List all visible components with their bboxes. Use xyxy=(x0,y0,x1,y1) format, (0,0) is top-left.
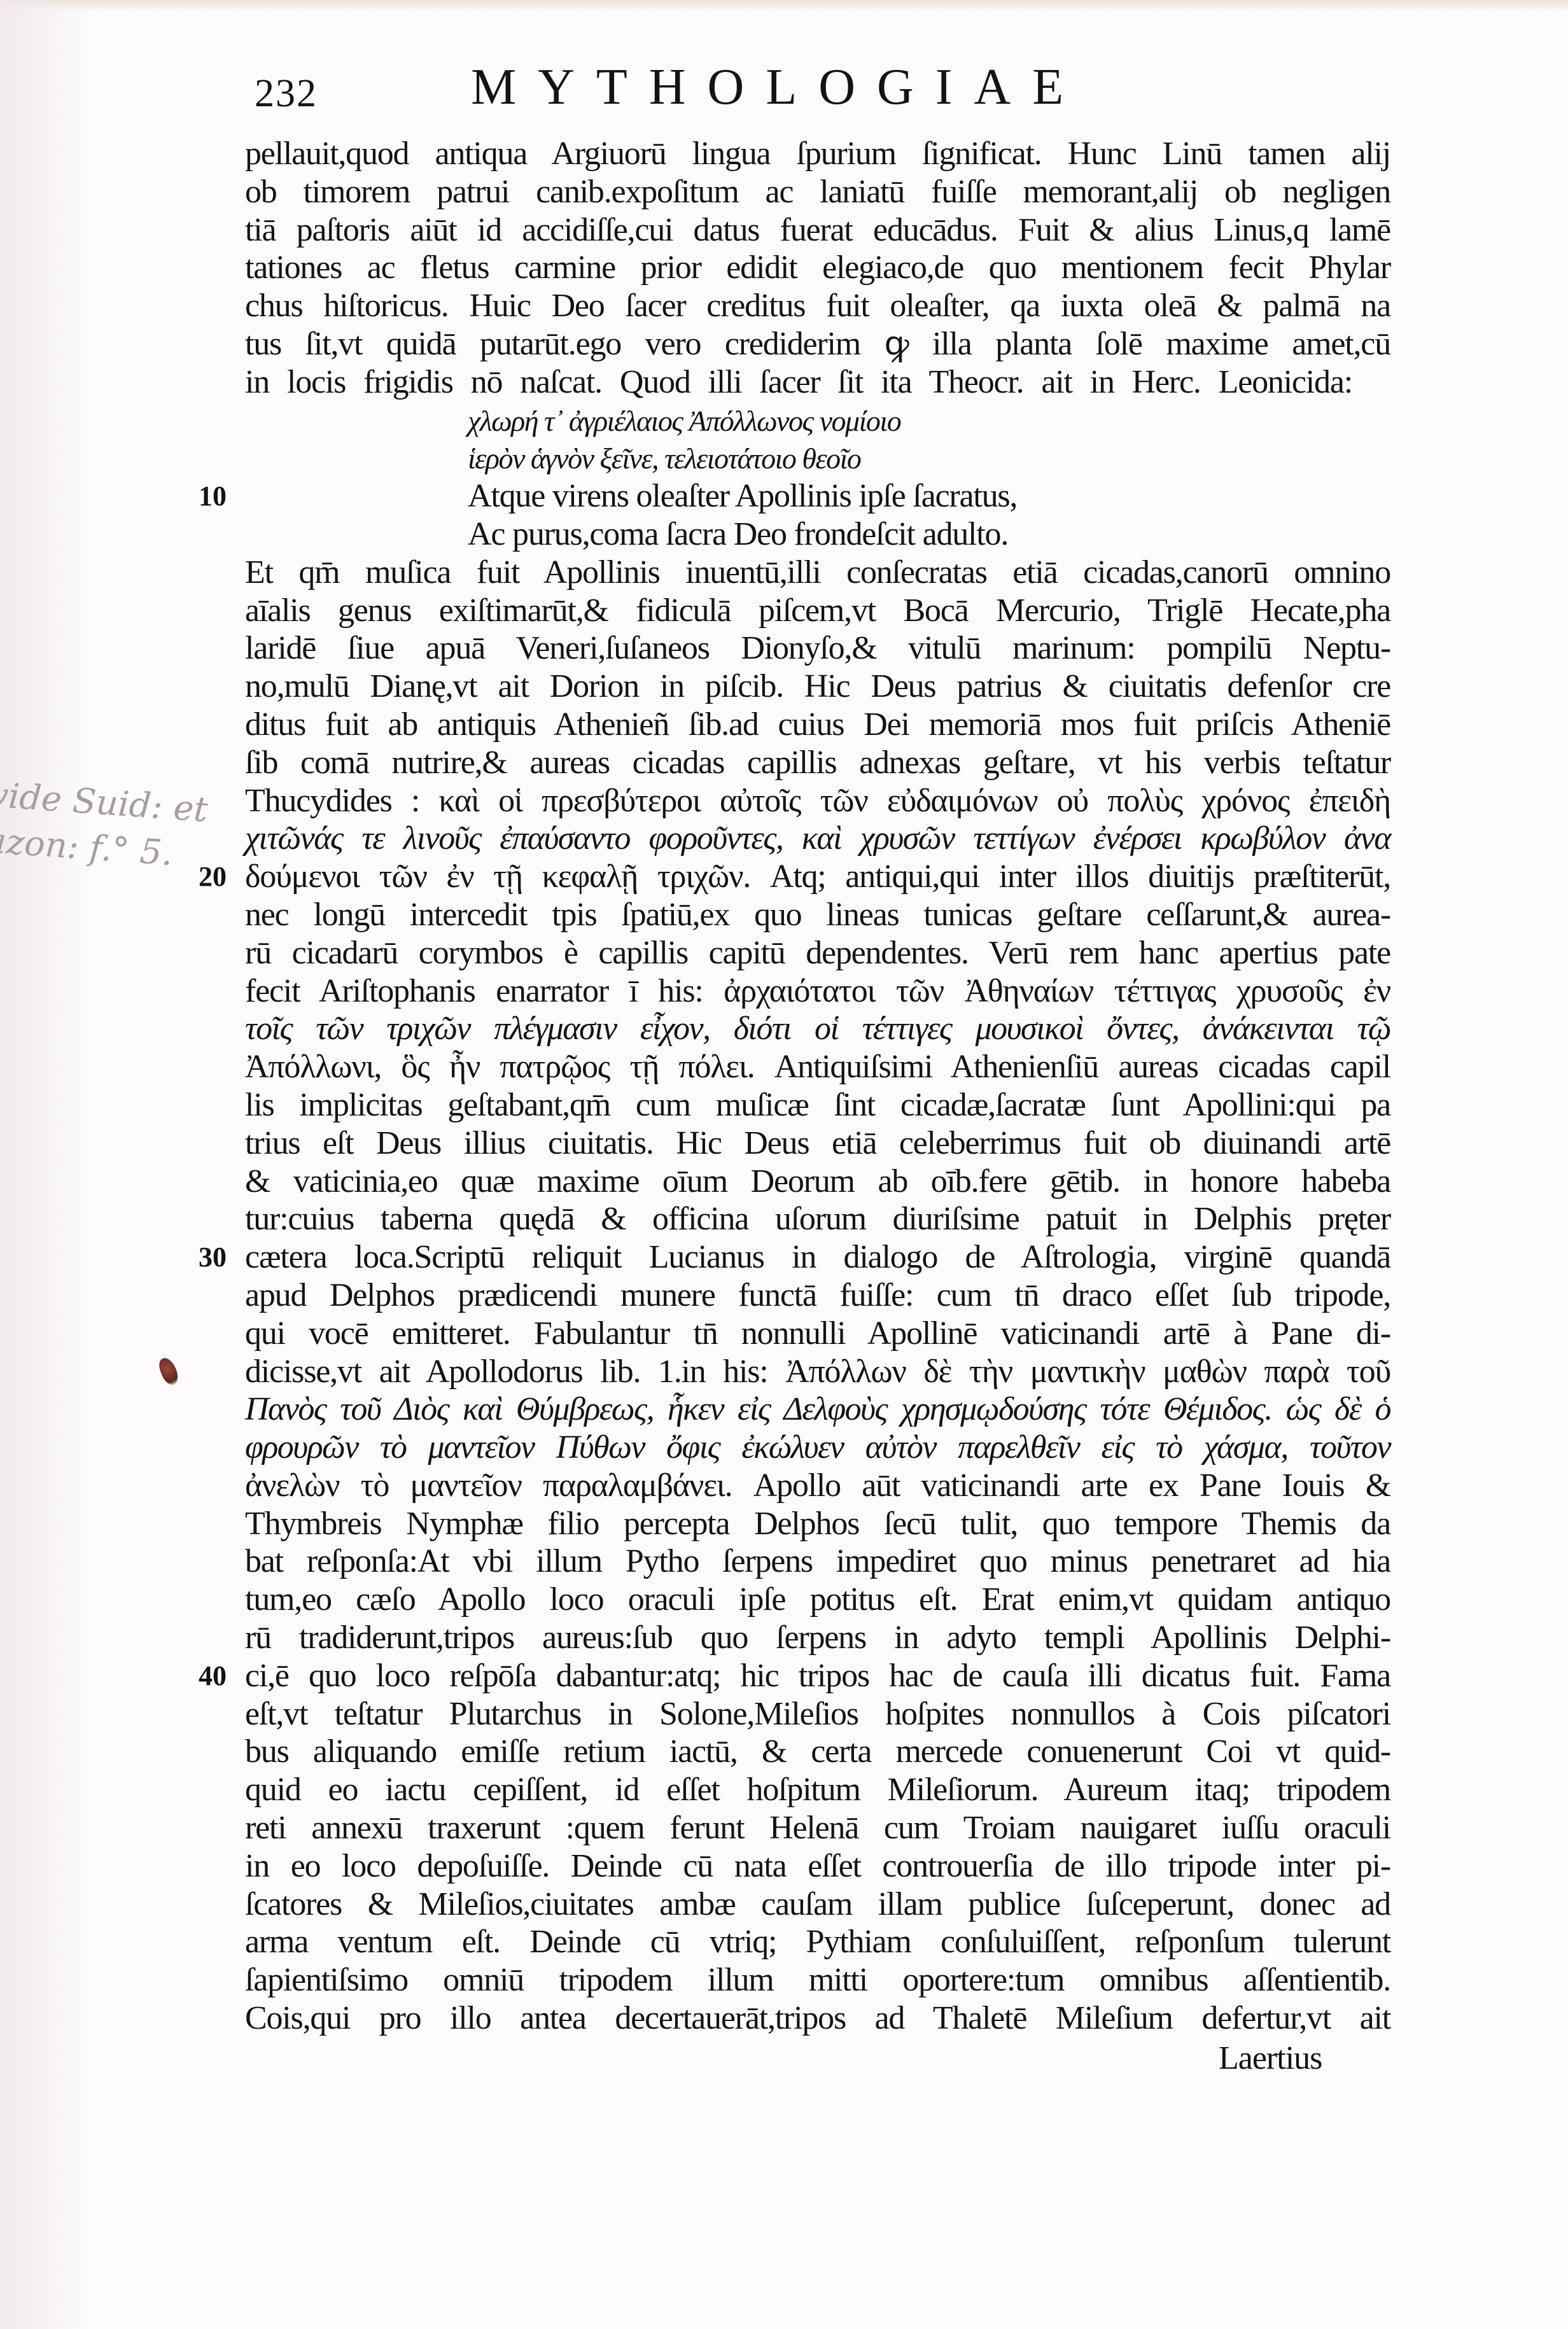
text-line-content: quid eo iactu cepiſſent, id eſſet hoſpit… xyxy=(245,1771,1390,1809)
text-line: ci,ē quo loco reſpōſa dabantur:atq; hic … xyxy=(245,1657,1390,1695)
text-line: ſcatores & Mileſios,ciuitates ambæ cauſa… xyxy=(245,1885,1390,1924)
text-line-content: Atque virens oleaſter Apollinis ipſe ſac… xyxy=(468,477,1017,515)
text-line: Πανὸς τοῦ Διὸς καὶ Θύμβρεως, ἧκεν εἰς Δε… xyxy=(245,1390,1390,1429)
text-line-content: χλωρή τ᾽ ἀγριέλαιος Ἀπόλλωνος νομίοιο xyxy=(468,402,900,440)
text-line-content: δούμενοι τῶν ἐν τῇ κεφαλῇ τριχῶν. Atq; a… xyxy=(245,858,1390,896)
text-line: rū cicadarū corymbos è capillis capitū d… xyxy=(245,934,1390,972)
text-line: rū tradiderunt,tripos aureus:ſub quo ſer… xyxy=(245,1619,1390,1657)
text-line-content: ἀνελὼν τὸ μαντεῖον παραλαμβάνει. Apollo … xyxy=(245,1467,1390,1505)
text-line: nec longū intercedit tpis ſpatiū,ex quo … xyxy=(245,896,1390,934)
text-line: tur:cuius taberna quędā & officina uſoru… xyxy=(245,1200,1390,1238)
text-line: dicisse,vt ait Apollodorus lib. 1.in his… xyxy=(245,1353,1390,1391)
text-line-content: arma ventum eſt. Deinde cū vtriq; Pythia… xyxy=(245,1923,1390,1961)
text-line-content: aīalis genus exiſtimarūt,& fidiculā piſc… xyxy=(245,592,1390,630)
text-line: τοῖς τῶν τριχῶν πλέγμασιν εἶχον, διότι ο… xyxy=(245,1010,1390,1048)
text-line-content: ci,ē quo loco reſpōſa dabantur:atq; hic … xyxy=(245,1657,1390,1695)
text-line-content: nec longū intercedit tpis ſpatiū,ex quo … xyxy=(245,896,1390,934)
line-number: 20 xyxy=(199,860,227,893)
text-line-content: ſib comā nutrire,& aureas cicadas capill… xyxy=(245,744,1390,782)
running-head: MYTHOLOGIAE xyxy=(471,59,1085,116)
text-line-content: tus ſit,vt quidā putarūt.ego vero credid… xyxy=(245,325,1390,363)
text-line: Et qm̄ muſica fuit Apollinis inuentū,ill… xyxy=(245,554,1390,592)
text-line-content: rū cicadarū corymbos è capillis capitū d… xyxy=(245,934,1390,972)
text-line-content: tum,eo cæſo Apollo loco oraculi ipſe pot… xyxy=(245,1581,1390,1619)
text-line: bat reſponſa:At vbi illum Pytho ſerpens … xyxy=(245,1542,1390,1581)
text-line: δούμενοι τῶν ἐν τῇ κεφαλῇ τριχῶν. Atq; a… xyxy=(245,858,1390,896)
text-line: in locis frigidis nō naſcat. Quod illi ſ… xyxy=(245,363,1390,402)
text-line-content: φρουρῶν τὸ μαντεῖον Πύθων ὄφις ἐκώλυεν α… xyxy=(245,1429,1390,1467)
text-line-content: ditus fuit ab antiquis Athenieñ ſib.ad c… xyxy=(245,706,1390,744)
line-number: 30 xyxy=(199,1241,227,1273)
text-line: ſib comā nutrire,& aureas cicadas capill… xyxy=(245,744,1390,782)
text-line: ditus fuit ab antiquis Athenieñ ſib.ad c… xyxy=(245,706,1390,744)
text-line-content: bat reſponſa:At vbi illum Pytho ſerpens … xyxy=(245,1542,1390,1581)
text-line-content: & vaticinia,eo quæ maxime oīum Deorum ab… xyxy=(245,1163,1390,1201)
text-line: pellauit,quod antiqua Argiuorū lingua ſp… xyxy=(245,135,1390,173)
handwritten-margin-note: vide Suid: et azon: f.° 5. xyxy=(0,772,209,879)
text-line-content: τοῖς τῶν τριχῶν πλέγμασιν εἶχον, διότι ο… xyxy=(245,1010,1390,1048)
text-line: Ἀπόλλωνι, ὃς ἦν πατρῷος τῇ πόλει. Antiqu… xyxy=(245,1048,1390,1086)
text-line-content: lis implicitas geſtabant,qm̄ cum muſicæ … xyxy=(245,1086,1390,1124)
text-line-content: qui vocē emitteret. Fabulantur tn̄ nonnu… xyxy=(245,1315,1390,1353)
text-line-content: tur:cuius taberna quędā & officina uſoru… xyxy=(245,1200,1390,1238)
text-line: no,mulū Dianę,vt ait Dorion in piſcib. H… xyxy=(245,668,1390,706)
text-line-content: in locis frigidis nō naſcat. Quod illi ſ… xyxy=(245,363,1352,402)
text-line: lis implicitas geſtabant,qm̄ cum muſicæ … xyxy=(245,1086,1390,1124)
text-line: laridē ſiue apuā Veneri,ſuſaneos Dionyſo… xyxy=(245,629,1390,668)
text-line-content: no,mulū Dianę,vt ait Dorion in piſcib. H… xyxy=(245,668,1390,706)
page-number: 232 xyxy=(255,71,318,116)
text-line: φρουρῶν τὸ μαντεῖον Πύθων ὄφις ἐκώλυεν α… xyxy=(245,1429,1390,1467)
page-edge-tint xyxy=(0,0,1568,11)
body-text: pellauit,quod antiqua Argiuorū lingua ſp… xyxy=(245,135,1390,2038)
text-line-content: in eo loco depoſuiſſe. Deinde cū nata eſ… xyxy=(245,1847,1390,1885)
ink-stain xyxy=(157,1355,181,1387)
text-line: bus aliquando emiſſe retium iactū, & cer… xyxy=(245,1733,1390,1771)
text-line-content: ſapientiſsimo omniū tripodem illum mitti… xyxy=(245,1961,1390,1999)
text-line-content: laridē ſiue apuā Veneri,ſuſaneos Dionyſo… xyxy=(245,629,1390,668)
text-line: eſt,vt teſtatur Plutarchus in Solone,Mil… xyxy=(245,1695,1390,1733)
text-line-content: rū tradiderunt,tripos aureus:ſub quo ſer… xyxy=(245,1619,1390,1657)
text-line-content: Ac purus,coma ſacra Deo frondeſcit adult… xyxy=(468,515,1008,554)
text-line: quid eo iactu cepiſſent, id eſſet hoſpit… xyxy=(245,1771,1390,1809)
text-line: tus ſit,vt quidā putarūt.ego vero credid… xyxy=(245,325,1390,363)
text-line: in eo loco depoſuiſſe. Deinde cū nata eſ… xyxy=(245,1847,1390,1885)
text-line: ob timorem patrui canib.expoſitum ac lan… xyxy=(245,173,1390,211)
text-line-content: bus aliquando emiſſe retium iactū, & cer… xyxy=(245,1733,1390,1771)
text-line-content: eſt,vt teſtatur Plutarchus in Solone,Mil… xyxy=(245,1695,1390,1733)
text-line-content: cætera loca.Scriptū reliquit Lucianus in… xyxy=(245,1238,1390,1276)
text-line-content: apud Delphos prædicendi munere functā fu… xyxy=(245,1276,1390,1315)
text-line: apud Delphos prædicendi munere functā fu… xyxy=(245,1276,1390,1315)
text-line-content: χιτῶνάς τε λινοῦς ἐπαύσαντο φοροῦντες, κ… xyxy=(245,820,1390,858)
text-line-content: pellauit,quod antiqua Argiuorū lingua ſp… xyxy=(245,135,1390,173)
text-line: Atque virens oleaſter Apollinis ipſe ſac… xyxy=(245,477,1390,515)
text-line-content: dicisse,vt ait Apollodorus lib. 1.in his… xyxy=(245,1353,1390,1391)
text-line-content: Πανὸς τοῦ Διὸς καὶ Θύμβρεως, ἧκεν εἰς Δε… xyxy=(245,1390,1390,1429)
page-gutter-shadow xyxy=(0,0,89,2329)
text-line: tum,eo cæſo Apollo loco oraculi ipſe pot… xyxy=(245,1581,1390,1619)
text-line-content: Thymbreis Nymphæ filio percepta Delphos … xyxy=(245,1505,1390,1543)
text-line: aīalis genus exiſtimarūt,& fidiculā piſc… xyxy=(245,592,1390,630)
text-line-content: ἱερὸν ἁγνὸν ξεῖνε, τελειοτάτοιο θεοῖο xyxy=(468,440,860,478)
text-line: reti annexū traxerunt :quem ferunt Helen… xyxy=(245,1809,1390,1847)
text-line: ſapientiſsimo omniū tripodem illum mitti… xyxy=(245,1961,1390,1999)
text-line: tationes ac fletus carmine prior edidit … xyxy=(245,249,1390,287)
text-line: & vaticinia,eo quæ maxime oīum Deorum ab… xyxy=(245,1163,1390,1201)
text-line: χιτῶνάς τε λινοῦς ἐπαύσαντο φοροῦντες, κ… xyxy=(245,820,1390,858)
text-line: Thymbreis Nymphæ filio percepta Delphos … xyxy=(245,1505,1390,1543)
text-line: fecit Ariſtophanis enarrator ī his: ἀρχα… xyxy=(245,972,1390,1011)
text-line: qui vocē emitteret. Fabulantur tn̄ nonnu… xyxy=(245,1315,1390,1353)
text-line: tiā paſtoris aiūt id accidiſſe,cui datus… xyxy=(245,211,1390,249)
text-line: cætera loca.Scriptū reliquit Lucianus in… xyxy=(245,1238,1390,1276)
text-line: Ac purus,coma ſacra Deo frondeſcit adult… xyxy=(245,515,1390,554)
text-line-content: ob timorem patrui canib.expoſitum ac lan… xyxy=(245,173,1390,211)
line-number: 40 xyxy=(199,1660,227,1692)
text-line-content: reti annexū traxerunt :quem ferunt Helen… xyxy=(245,1809,1390,1847)
line-number: 10 xyxy=(199,480,227,512)
text-line: χλωρή τ᾽ ἀγριέλαιος Ἀπόλλωνος νομίοιο xyxy=(245,402,1390,440)
text-line-content: tiā paſtoris aiūt id accidiſſe,cui datus… xyxy=(245,211,1390,249)
text-line: Cois,qui pro illo antea decertauerāt,tri… xyxy=(245,1999,1390,2038)
text-line: Thucydides : καὶ οἱ πρεσβύτεροι αὐτοῖς τ… xyxy=(245,782,1390,820)
text-line-content: Cois,qui pro illo antea decertauerāt,tri… xyxy=(245,1999,1390,2038)
text-line: arma ventum eſt. Deinde cū vtriq; Pythia… xyxy=(245,1923,1390,1961)
text-line-content: fecit Ariſtophanis enarrator ī his: ἀρχα… xyxy=(245,972,1390,1011)
text-line-content: chus hiſtoricus. Huic Deo ſacer creditus… xyxy=(245,287,1390,325)
text-line-content: Et qm̄ muſica fuit Apollinis inuentū,ill… xyxy=(245,554,1390,592)
text-line-content: trius eſt Deus illius ciuitatis. Hic Deu… xyxy=(245,1124,1390,1163)
text-line: trius eſt Deus illius ciuitatis. Hic Deu… xyxy=(245,1124,1390,1163)
text-line-content: Ἀπόλλωνι, ὃς ἦν πατρῷος τῇ πόλει. Antiqu… xyxy=(245,1048,1390,1086)
catchword: Laertius xyxy=(1219,2039,1322,2077)
text-line-content: ſcatores & Mileſios,ciuitates ambæ cauſa… xyxy=(245,1885,1390,1924)
text-line: chus hiſtoricus. Huic Deo ſacer creditus… xyxy=(245,287,1390,325)
text-line: ἱερὸν ἁγνὸν ξεῖνε, τελειοτάτοιο θεοῖο xyxy=(245,439,1390,477)
text-line-content: Thucydides : καὶ οἱ πρεσβύτεροι αὐτοῖς τ… xyxy=(245,782,1390,820)
text-line: ἀνελὼν τὸ μαντεῖον παραλαμβάνει. Apollo … xyxy=(245,1467,1390,1505)
text-line-content: tationes ac fletus carmine prior edidit … xyxy=(245,249,1390,287)
